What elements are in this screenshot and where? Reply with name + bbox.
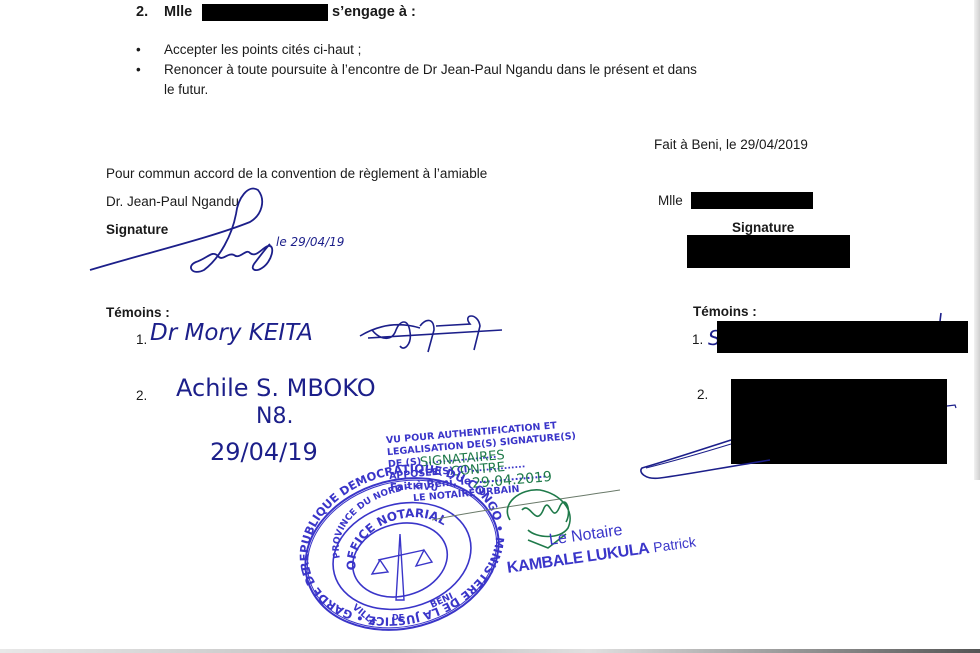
scan-edge-right	[974, 0, 980, 480]
notary-signature	[0, 0, 980, 653]
scan-edge-bottom	[0, 649, 980, 653]
